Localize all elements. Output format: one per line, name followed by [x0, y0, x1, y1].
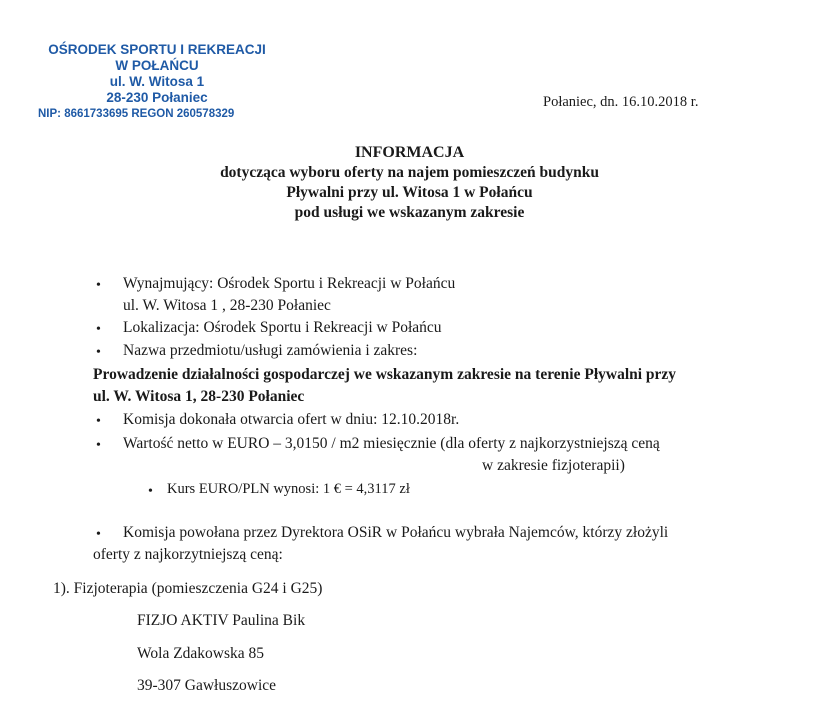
subject-address: ul. W. Witosa 1, 28-230 Połaniec	[93, 388, 304, 406]
selection-line-cont: oferty z najkorzytniejszą ceną:	[93, 546, 283, 564]
document-date: Połaniec, dn. 16.10.2018 r.	[543, 94, 698, 111]
exchange-rate-line: Kurs EURO/PLN wynosi: 1 € = 4,3117 zł	[167, 481, 410, 498]
lessor-line: Wynajmujący: Ośrodek Sportu i Rekreacji …	[123, 275, 455, 293]
location-line: Lokalizacja: Ośrodek Sportu i Rekreacji …	[123, 319, 442, 337]
title-line: dotycząca wyboru oferty na najem pomiesz…	[0, 163, 819, 183]
title-line: Pływalni przy ul. Witosa 1 w Połańcu	[0, 183, 819, 203]
letterhead-street: ul. W. Witosa 1	[36, 74, 278, 90]
bullet-icon: •	[148, 484, 153, 500]
bullet-icon: •	[96, 322, 101, 338]
letterhead: OŚRODEK SPORTU I REKREACJI W POŁAŃCU ul.…	[36, 42, 278, 122]
bullet-icon: •	[96, 414, 101, 430]
net-value-line: Wartość netto w EURO – 3,0150 / m2 miesi…	[123, 435, 660, 453]
opening-date-line: Komisja dokonała otwarcia ofert w dniu: …	[123, 411, 459, 429]
lessor-address: ul. W. Witosa 1 , 28-230 Połaniec	[123, 297, 331, 315]
letterhead-org-name: OŚRODEK SPORTU I REKREACJI	[36, 42, 278, 58]
title-line: pod usługi we wskazanym zakresie	[0, 203, 819, 223]
letterhead-city: 28-230 Połaniec	[36, 90, 278, 106]
net-value-scope: w zakresie fizjoterapii)	[482, 457, 625, 475]
document-title: INFORMACJA dotycząca wyboru oferty na na…	[0, 143, 819, 223]
letterhead-org-location: W POŁAŃCU	[36, 58, 278, 74]
winner-name: FIZJO AKTIV Paulina Bik	[137, 612, 305, 630]
winner-street: Wola Zdakowska 85	[137, 645, 264, 663]
bullet-icon: •	[96, 527, 101, 543]
winner-item: 1). Fizjoterapia (pomieszczenia G24 i G2…	[53, 580, 322, 598]
bullet-icon: •	[96, 345, 101, 361]
title-heading: INFORMACJA	[0, 143, 819, 163]
bullet-icon: •	[96, 278, 101, 294]
bullet-icon: •	[96, 438, 101, 454]
winner-city: 39-307 Gawłuszowice	[137, 677, 276, 695]
subject-description: Prowadzenie działalności gospodarczej we…	[93, 366, 676, 384]
selection-line: Komisja powołana przez Dyrektora OSiR w …	[123, 524, 668, 542]
subject-label: Nazwa przedmiotu/usługi zamówienia i zak…	[123, 342, 417, 360]
letterhead-tax-ids: NIP: 8661733695 REGON 260578329	[38, 106, 278, 122]
